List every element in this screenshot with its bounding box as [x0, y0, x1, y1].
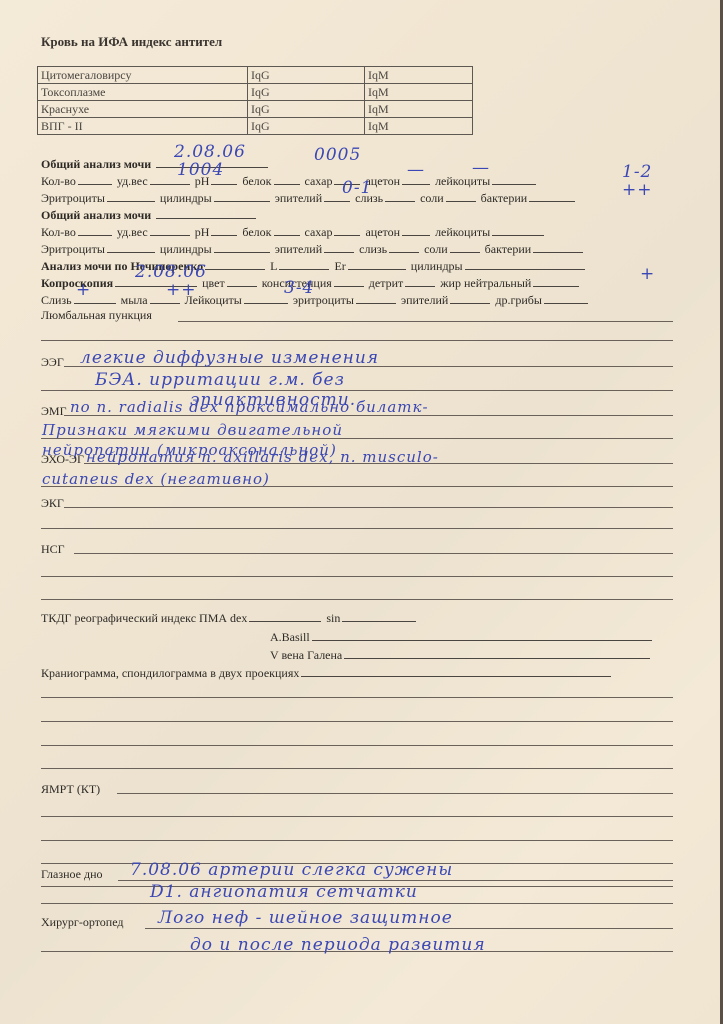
- label-sin: sin: [326, 611, 340, 625]
- field-galen[interactable]: [344, 646, 650, 659]
- ruled-line[interactable]: [41, 745, 673, 746]
- label-cilindry: цилиндры: [160, 191, 212, 205]
- field-nechiporenko[interactable]: [205, 257, 265, 270]
- field-epitelii[interactable]: [324, 240, 354, 253]
- table-cell: Краснухе: [38, 101, 248, 118]
- label-zhir: жир нейтральный: [440, 276, 531, 290]
- field-epitelii[interactable]: [450, 291, 490, 304]
- label-griby: др.грибы: [495, 293, 542, 307]
- table-cell: Цитомегаловирсу: [38, 67, 248, 84]
- ekg-line[interactable]: [64, 507, 673, 508]
- urine2-row1: Кол-во уд.вес pH белок сахар ацетон лейк…: [41, 223, 546, 240]
- coproscopy-row2: Слизь мыла Лейкоциты эритроциты эпителий…: [41, 291, 590, 308]
- label-galen: V вена Галена: [270, 648, 342, 662]
- ruled-line[interactable]: [41, 528, 673, 529]
- ortho-label: Хирург-ортопед: [41, 915, 123, 930]
- label-soli: соли: [424, 242, 448, 256]
- field-cilindry[interactable]: [465, 257, 585, 270]
- field-sahar[interactable]: [334, 223, 360, 236]
- label-udves: уд.вес: [117, 174, 148, 188]
- ruled-line[interactable]: [41, 576, 673, 577]
- leikocity-handwritten: 1-2: [622, 162, 652, 182]
- eeg-handwritten-1: легкие диффузные изменения: [80, 348, 379, 368]
- label-cranio: Краниограмма, спондилограмма в двух прое…: [41, 666, 299, 680]
- label-ph: pH: [195, 225, 210, 239]
- sliz-handwritten: +: [76, 280, 91, 300]
- label-eritrocity: Эритроциты: [41, 242, 105, 256]
- ruled-line[interactable]: [41, 340, 673, 341]
- label-eritrocity: Эритроциты: [41, 191, 105, 205]
- urine1-number-handwritten: 0005: [314, 145, 361, 165]
- eeg-handwritten-2: БЭА. ирритации г.м. без: [95, 370, 345, 390]
- table-cell[interactable]: IqM: [365, 67, 473, 84]
- field-leikocity[interactable]: [244, 291, 288, 304]
- label-kolvo: Кол-во: [41, 174, 76, 188]
- ruled-line[interactable]: [41, 903, 673, 904]
- mrt-line[interactable]: [117, 793, 673, 794]
- tkdg-row: ТКДГ реографический индекс ПМА dex sin: [41, 609, 418, 626]
- fundus-label: Глазное дно: [41, 867, 103, 882]
- ruled-line[interactable]: [41, 599, 673, 600]
- ruled-line[interactable]: [41, 768, 673, 769]
- field-cilindry[interactable]: [214, 240, 270, 253]
- field-cvet[interactable]: [227, 274, 257, 287]
- echo-eg-handwritten-1: нейропатия n. axillaris dex, n. musculo-: [86, 448, 439, 466]
- basill-row: A.Basill: [270, 628, 654, 645]
- urine2-date-field[interactable]: [156, 206, 256, 219]
- table-cell: ВПГ - II: [38, 118, 248, 135]
- echo-eg-handwritten-2: cutaneus dex (негативно): [42, 470, 270, 488]
- label-tkdg: ТКДГ реографический индекс ПМА dex: [41, 611, 247, 625]
- field-kolvo[interactable]: [78, 223, 112, 236]
- label-belok: белок: [242, 225, 271, 239]
- ortho-handwritten-2: до и после периода развития: [190, 935, 486, 955]
- field-udves[interactable]: [150, 223, 190, 236]
- galen-row: V вена Галена: [270, 646, 652, 663]
- nechiporenko-row: Анализ мочи по Нечипоренко L Er цилиндры: [41, 257, 587, 274]
- label-epitelii: эпителий: [275, 191, 322, 205]
- label-detrit: детрит: [369, 276, 404, 290]
- ifa-antibody-table: Цитомегаловирсу IqG IqM Токсоплазме IqG …: [37, 66, 473, 135]
- label-udves: уд.вес: [117, 225, 148, 239]
- lumbar-line[interactable]: [178, 321, 673, 322]
- coproscopy-leikocity-handwritten: 3-4: [284, 278, 314, 298]
- section-title-ifa: Кровь на ИФА индекс антител: [41, 34, 222, 50]
- lumbar-row: Люмбальная пункция: [41, 308, 152, 323]
- table-cell[interactable]: IqG: [248, 118, 365, 135]
- table-cell: Токсоплазме: [38, 84, 248, 101]
- label-sahar: сахар: [305, 174, 333, 188]
- field-ph[interactable]: [211, 223, 237, 236]
- label-sahar: сахар: [305, 225, 333, 239]
- field-sliz[interactable]: [389, 240, 419, 253]
- field-leikocity[interactable]: [492, 172, 536, 185]
- field-eritrocity[interactable]: [107, 240, 155, 253]
- label-aceton: ацетон: [365, 225, 400, 239]
- label-bakterii: бактерии: [485, 242, 532, 256]
- label-cilindry: цилиндры: [411, 259, 463, 273]
- ekg-label: ЭКГ: [41, 496, 64, 511]
- label-bakterii: бактерии: [481, 191, 528, 205]
- field-eritrocity[interactable]: [356, 291, 396, 304]
- epitelii-handwritten: 0-1: [342, 178, 372, 198]
- zhir-handwritten: +: [640, 264, 655, 284]
- field-l[interactable]: [279, 257, 329, 270]
- table-row: Цитомегаловирсу IqG IqM: [38, 67, 473, 84]
- field-konsistencia[interactable]: [334, 274, 364, 287]
- fundus-line[interactable]: [118, 880, 673, 881]
- emg-handwritten-1: по n. radialis dex проксимально билатк-: [70, 398, 429, 416]
- label-kolvo: Кол-во: [41, 225, 76, 239]
- fundus-handwritten-2: D1. ангиопатия сетчатки: [150, 882, 418, 902]
- fundus-handwritten-1: 7.08.06 артерии слегка сужены: [130, 860, 453, 880]
- udves-handwritten: 1004: [177, 160, 224, 180]
- field-cranio[interactable]: [301, 664, 611, 677]
- field-zhir[interactable]: [533, 274, 579, 287]
- nsg-label: НСГ: [41, 542, 65, 557]
- ruled-line[interactable]: [41, 721, 673, 722]
- table-row: Токсоплазме IqG IqM: [38, 84, 473, 101]
- ruled-line[interactable]: [41, 390, 673, 391]
- field-sliz[interactable]: [385, 189, 415, 202]
- field-belok[interactable]: [274, 223, 300, 236]
- label-epitelii: эпителий: [275, 242, 322, 256]
- table-cell[interactable]: IqM: [365, 118, 473, 135]
- urine1-heading: Общий анализ мочи: [41, 157, 151, 171]
- field-detrit[interactable]: [405, 274, 435, 287]
- field-kolvo[interactable]: [78, 172, 112, 185]
- label-lumbar: Люмбальная пункция: [41, 308, 152, 322]
- field-bakterii[interactable]: [529, 189, 575, 202]
- label-soli: соли: [420, 191, 444, 205]
- field-soli[interactable]: [446, 189, 476, 202]
- field-cilindry[interactable]: [214, 189, 270, 202]
- sahar-handwritten: —: [407, 160, 425, 180]
- label-er: Er: [334, 259, 345, 273]
- ruled-line[interactable]: [41, 697, 673, 698]
- nsg-line[interactable]: [74, 553, 673, 554]
- echo-eg-label: ЭХО-ЭГ: [41, 452, 84, 467]
- field-sin[interactable]: [342, 609, 416, 622]
- label-l: L: [270, 259, 277, 273]
- table-cell[interactable]: IqG: [248, 84, 365, 101]
- cranio-row: Краниограмма, спондилограмма в двух прое…: [41, 664, 613, 681]
- field-bakterii[interactable]: [533, 240, 583, 253]
- label-myla: мыла: [121, 293, 148, 307]
- ruled-line[interactable]: [41, 840, 673, 841]
- urine1-row2: Эритроциты цилиндры эпителий слизь соли …: [41, 189, 577, 206]
- urine1-date-handwritten: 2.08.06: [174, 142, 246, 162]
- label-belok: белок: [242, 174, 271, 188]
- coproscopy-date-handwritten: 2.08.06: [135, 262, 207, 282]
- field-griby[interactable]: [544, 291, 588, 304]
- table-row: Краснухе IqG IqM: [38, 101, 473, 118]
- field-basill[interactable]: [312, 628, 652, 641]
- aceton-handwritten: —: [472, 158, 490, 178]
- ruled-line[interactable]: [41, 816, 673, 817]
- field-belok[interactable]: [274, 172, 300, 185]
- emg-handwritten-2: Признаки мягкими двигательной: [42, 421, 343, 439]
- table-row: ВПГ - II IqG IqM: [38, 118, 473, 135]
- field-eritrocity[interactable]: [107, 189, 155, 202]
- ortho-line[interactable]: [145, 928, 673, 929]
- table-cell[interactable]: IqG: [248, 101, 365, 118]
- field-soli[interactable]: [450, 240, 480, 253]
- emg-label: ЭМГ: [41, 404, 67, 419]
- table-cell[interactable]: IqG: [248, 67, 365, 84]
- mrt-label: ЯМРТ (КТ): [41, 782, 100, 797]
- field-leikocity[interactable]: [492, 223, 544, 236]
- label-cilindry: цилиндры: [160, 242, 212, 256]
- eeg-label: ЭЭГ: [41, 355, 64, 370]
- label-epitelii: эпителий: [401, 293, 448, 307]
- urine2-row2: Эритроциты цилиндры эпителий слизь соли …: [41, 240, 585, 257]
- field-er[interactable]: [348, 257, 406, 270]
- table-cell[interactable]: IqM: [365, 84, 473, 101]
- urine2-heading: Общий анализ мочи: [41, 208, 151, 222]
- table-cell[interactable]: IqM: [365, 101, 473, 118]
- myla-handwritten: ++: [166, 280, 197, 300]
- field-aceton[interactable]: [402, 223, 430, 236]
- field-dex[interactable]: [249, 609, 321, 622]
- label-sliz: слизь: [359, 242, 387, 256]
- ortho-handwritten-1: Лого неф - шейное защитное: [158, 908, 453, 928]
- label-leikocity: лейкоциты: [435, 225, 490, 239]
- urine2-heading-row: Общий анализ мочи: [41, 206, 258, 223]
- label-sliz: Слизь: [41, 293, 72, 307]
- bakterii-handwritten: ++: [622, 180, 653, 200]
- urine1-row1: Кол-во уд.вес pH белок сахар ацетон лейк…: [41, 172, 538, 189]
- label-basill: A.Basill: [270, 630, 310, 644]
